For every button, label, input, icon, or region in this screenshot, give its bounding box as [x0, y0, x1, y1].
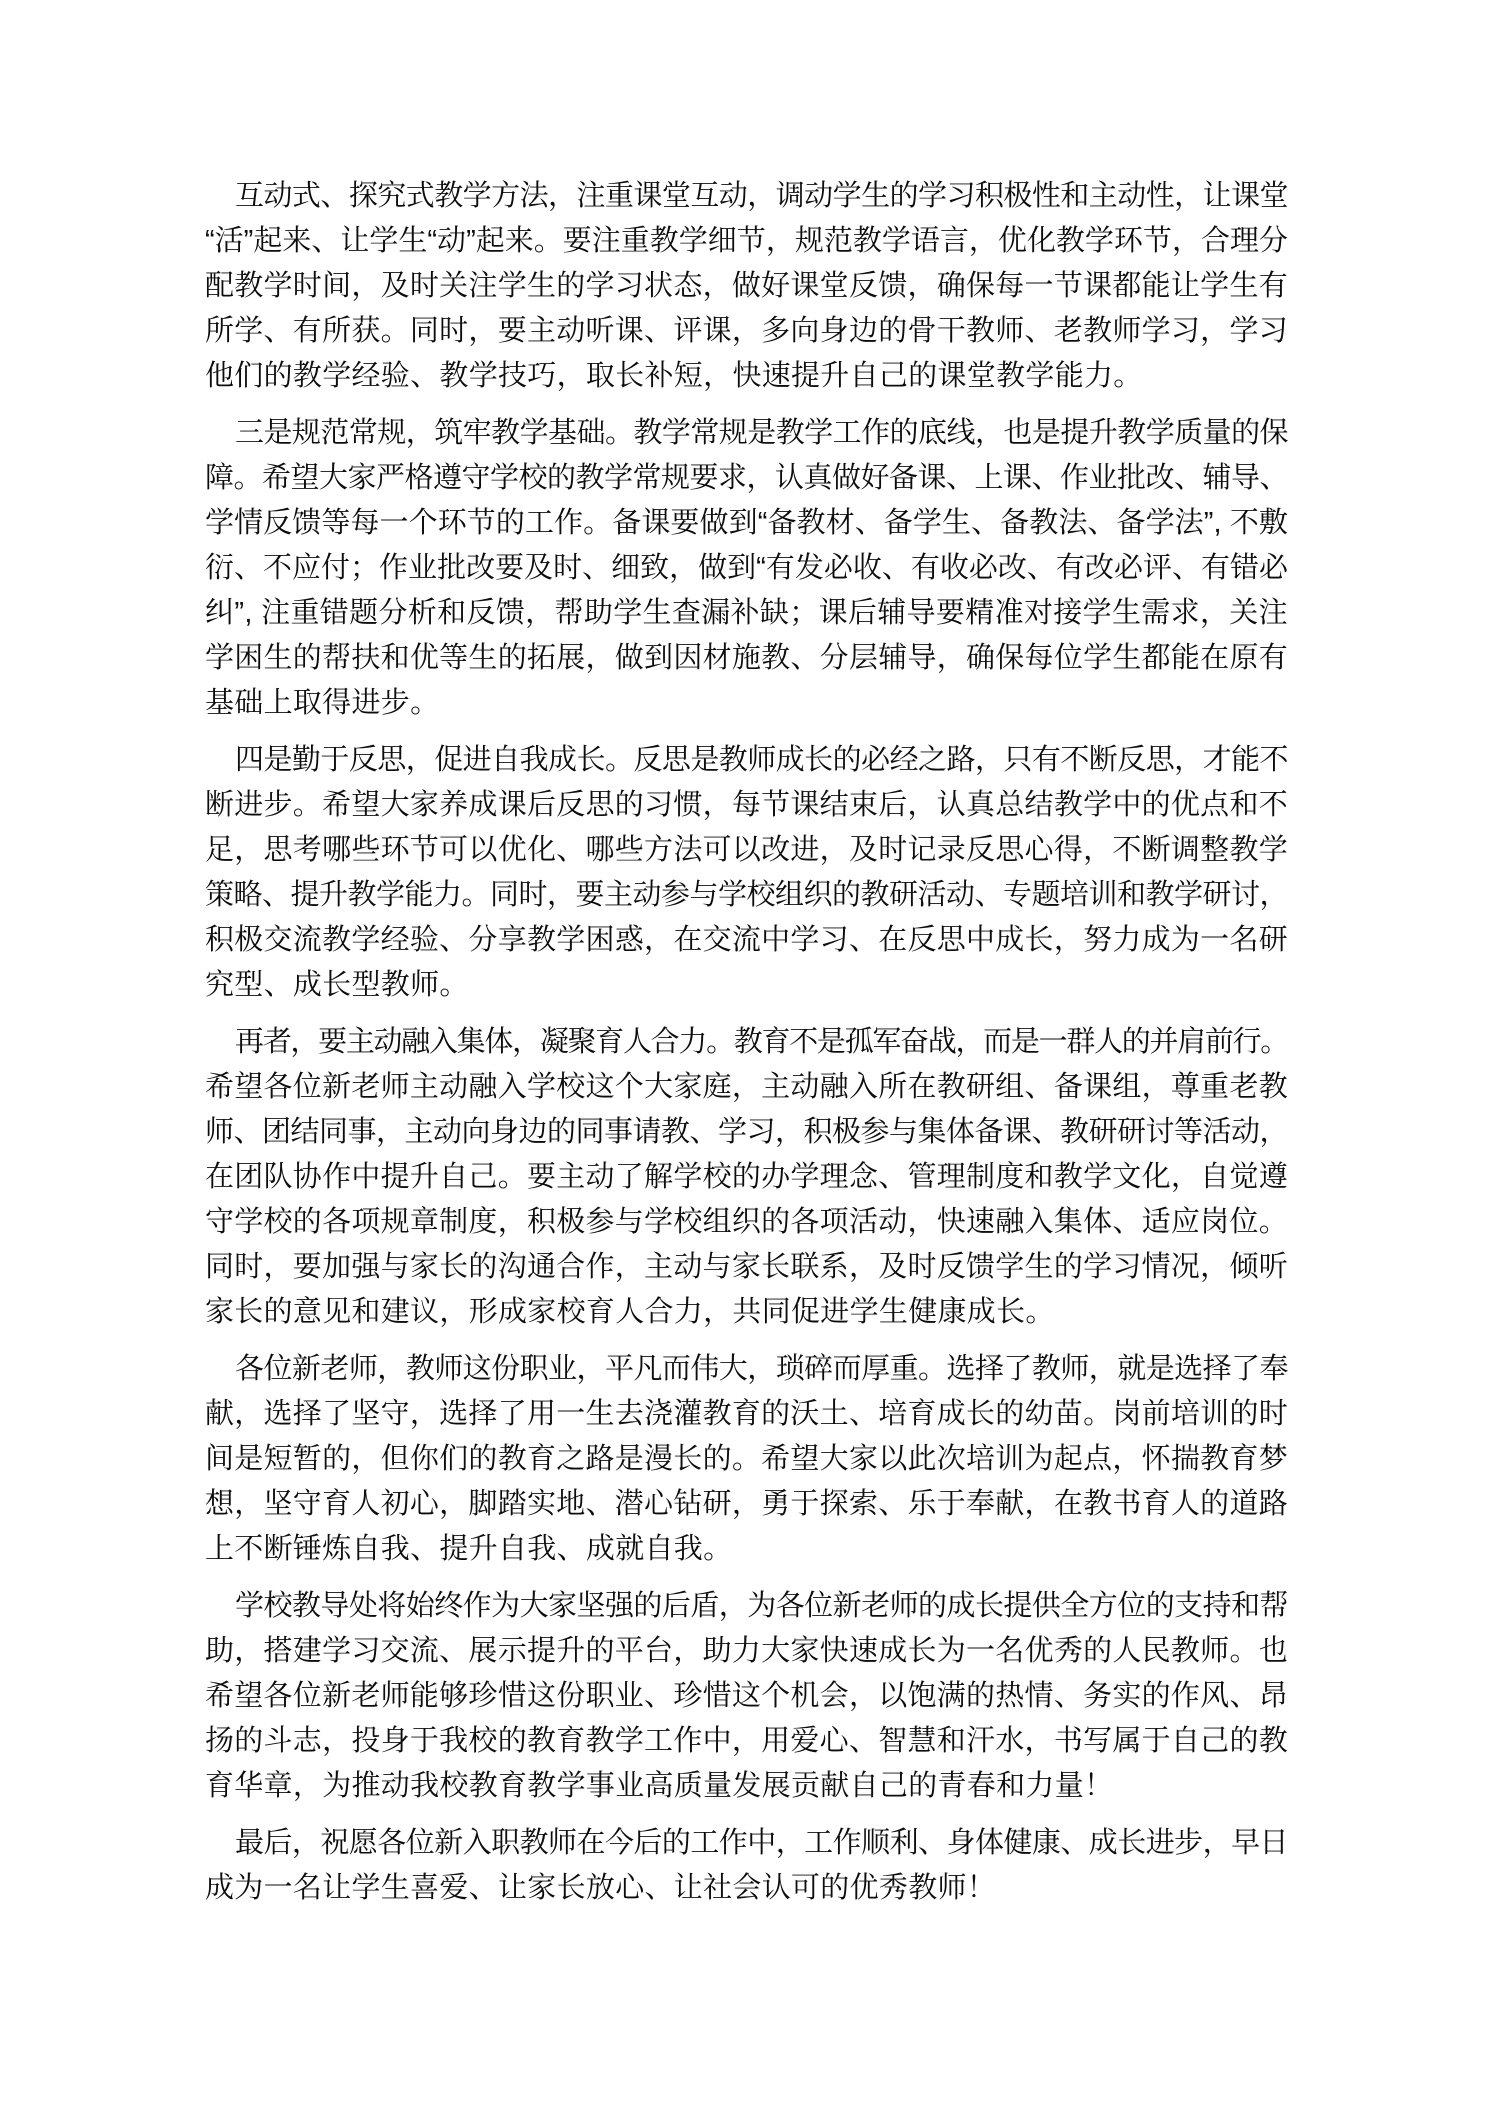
paragraph: 互动式、探究式教学方法，注重课堂互动，调动学生的学习积极性和主动性，让课堂“活”… — [205, 174, 1288, 399]
text-line: 各位新老师，教师这份职业，平凡而伟大，琐碎而厚重。选择了教师，就是选择了奉 — [205, 1347, 1288, 1392]
text-line: 育华章，为推动我校教育教学事业高质量发展贡献自己的青春和力量！ — [205, 1764, 1288, 1809]
paragraph: 最后，祝愿各位新入职教师在今后的工作中，工作顺利、身体健康、成长进步，早日成为一… — [205, 1821, 1288, 1911]
text-line: 想，坚守育人初心，脚踏实地、潜心钻研，勇于探索、乐于奉献，在教书育人的道路 — [205, 1482, 1288, 1527]
text-line: 在团队协作中提升自己。要主动了解学校的办学理念、管理制度和教学文化，自觉遵 — [205, 1155, 1288, 1200]
text-line: 希望各位新老师能够珍惜这份职业、珍惜这个机会，以饱满的热情、务实的作风、昂 — [205, 1674, 1288, 1719]
document-body: 互动式、探究式教学方法，注重课堂互动，调动学生的学习积极性和主动性，让课堂“活”… — [205, 174, 1288, 1923]
text-line: 策略、提升教学能力。同时，要主动参与学校组织的教研活动、专题培训和教学研讨， — [205, 873, 1288, 918]
text-line: 扬的斗志，投身于我校的教育教学工作中，用爱心、智慧和汗水，书写属于自己的教 — [205, 1719, 1288, 1764]
text-line: 基础上取得进步。 — [205, 681, 1288, 726]
text-line: 四是勤于反思，促进自我成长。反思是教师成长的必经之路，只有不断反思，才能不 — [205, 738, 1288, 783]
text-line: 三是规范常规，筑牢教学基础。教学常规是教学工作的底线，也是提升教学质量的保 — [205, 411, 1288, 456]
paragraph: 四是勤于反思，促进自我成长。反思是教师成长的必经之路，只有不断反思，才能不断进步… — [205, 738, 1288, 1008]
paragraph: 各位新老师，教师这份职业，平凡而伟大，琐碎而厚重。选择了教师，就是选择了奉献，选… — [205, 1347, 1288, 1572]
text-line: 他们的教学经验、教学技巧，取长补短，快速提升自己的课堂教学能力。 — [205, 354, 1288, 399]
text-line: 衍、不应付；作业批改要及时、细致，做到“有发必收、有收必改、有改必评、有错必 — [205, 546, 1288, 591]
paragraph: 学校教导处将始终作为大家坚强的后盾，为各位新老师的成长提供全方位的支持和帮助，搭… — [205, 1584, 1288, 1809]
text-line: 间是短暂的，但你们的教育之路是漫长的。希望大家以此次培训为起点，怀揣教育梦 — [205, 1437, 1288, 1482]
text-line: 配教学时间，及时关注学生的学习状态，做好课堂反馈，确保每一节课都能让学生有 — [205, 264, 1288, 309]
text-line: 成为一名让学生喜爱、让家长放心、让社会认可的优秀教师！ — [205, 1866, 1288, 1911]
text-line: 究型、成长型教师。 — [205, 963, 1288, 1008]
text-line: 学情反馈等每一个环节的工作。备课要做到“备教材、备学生、备教法、备学法”, 不敷 — [205, 501, 1288, 546]
text-line: 积极交流教学经验、分享教学困惑，在交流中学习、在反思中成长，努力成为一名研 — [205, 918, 1288, 963]
text-line: 学校教导处将始终作为大家坚强的后盾，为各位新老师的成长提供全方位的支持和帮 — [205, 1584, 1288, 1629]
text-line: “活”起来、让学生“动”起来。要注重教学细节，规范教学语言，优化教学环节，合理分 — [205, 219, 1288, 264]
text-line: 最后，祝愿各位新入职教师在今后的工作中，工作顺利、身体健康、成长进步，早日 — [205, 1821, 1288, 1866]
text-line: 再者，要主动融入集体，凝聚育人合力。教育不是孤军奋战，而是一群人的并肩前行。 — [205, 1020, 1288, 1065]
text-line: 助，搭建学习交流、展示提升的平台，助力大家快速成长为一名优秀的人民教师。也 — [205, 1629, 1288, 1674]
text-line: 障。希望大家严格遵守学校的教学常规要求，认真做好备课、上课、作业批改、辅导、 — [205, 456, 1288, 501]
text-line: 互动式、探究式教学方法，注重课堂互动，调动学生的学习积极性和主动性，让课堂 — [205, 174, 1288, 219]
text-line: 学困生的帮扶和优等生的拓展，做到因材施教、分层辅导，确保每位学生都能在原有 — [205, 636, 1288, 681]
text-line: 献，选择了坚守，选择了用一生去浇灌教育的沃土、培育成长的幼苗。岗前培训的时 — [205, 1392, 1288, 1437]
text-line: 足，思考哪些环节可以优化、哪些方法可以改进，及时记录反思心得，不断调整教学 — [205, 828, 1288, 873]
text-line: 纠”, 注重错题分析和反馈，帮助学生查漏补缺；课后辅导要精准对接学生需求，关注 — [205, 591, 1288, 636]
document-page: 互动式、探究式教学方法，注重课堂互动，调动学生的学习积极性和主动性，让课堂“活”… — [0, 0, 1493, 2112]
text-line: 守学校的各项规章制度，积极参与学校组织的各项活动，快速融入集体、适应岗位。 — [205, 1200, 1288, 1245]
paragraph: 三是规范常规，筑牢教学基础。教学常规是教学工作的底线，也是提升教学质量的保障。希… — [205, 411, 1288, 726]
text-line: 上不断锤炼自我、提升自我、成就自我。 — [205, 1527, 1288, 1572]
text-line: 同时，要加强与家长的沟通合作，主动与家长联系，及时反馈学生的学习情况，倾听 — [205, 1245, 1288, 1290]
text-line: 希望各位新老师主动融入学校这个大家庭，主动融入所在教研组、备课组，尊重老教 — [205, 1065, 1288, 1110]
text-line: 所学、有所获。同时，要主动听课、评课，多向身边的骨干教师、老教师学习，学习 — [205, 309, 1288, 354]
paragraph: 再者，要主动融入集体，凝聚育人合力。教育不是孤军奋战，而是一群人的并肩前行。希望… — [205, 1020, 1288, 1335]
text-line: 断进步。希望大家养成课后反思的习惯，每节课结束后，认真总结教学中的优点和不 — [205, 783, 1288, 828]
text-line: 师、团结同事，主动向身边的同事请教、学习，积极参与集体备课、教研研讨等活动， — [205, 1110, 1288, 1155]
text-line: 家长的意见和建议，形成家校育人合力，共同促进学生健康成长。 — [205, 1290, 1288, 1335]
